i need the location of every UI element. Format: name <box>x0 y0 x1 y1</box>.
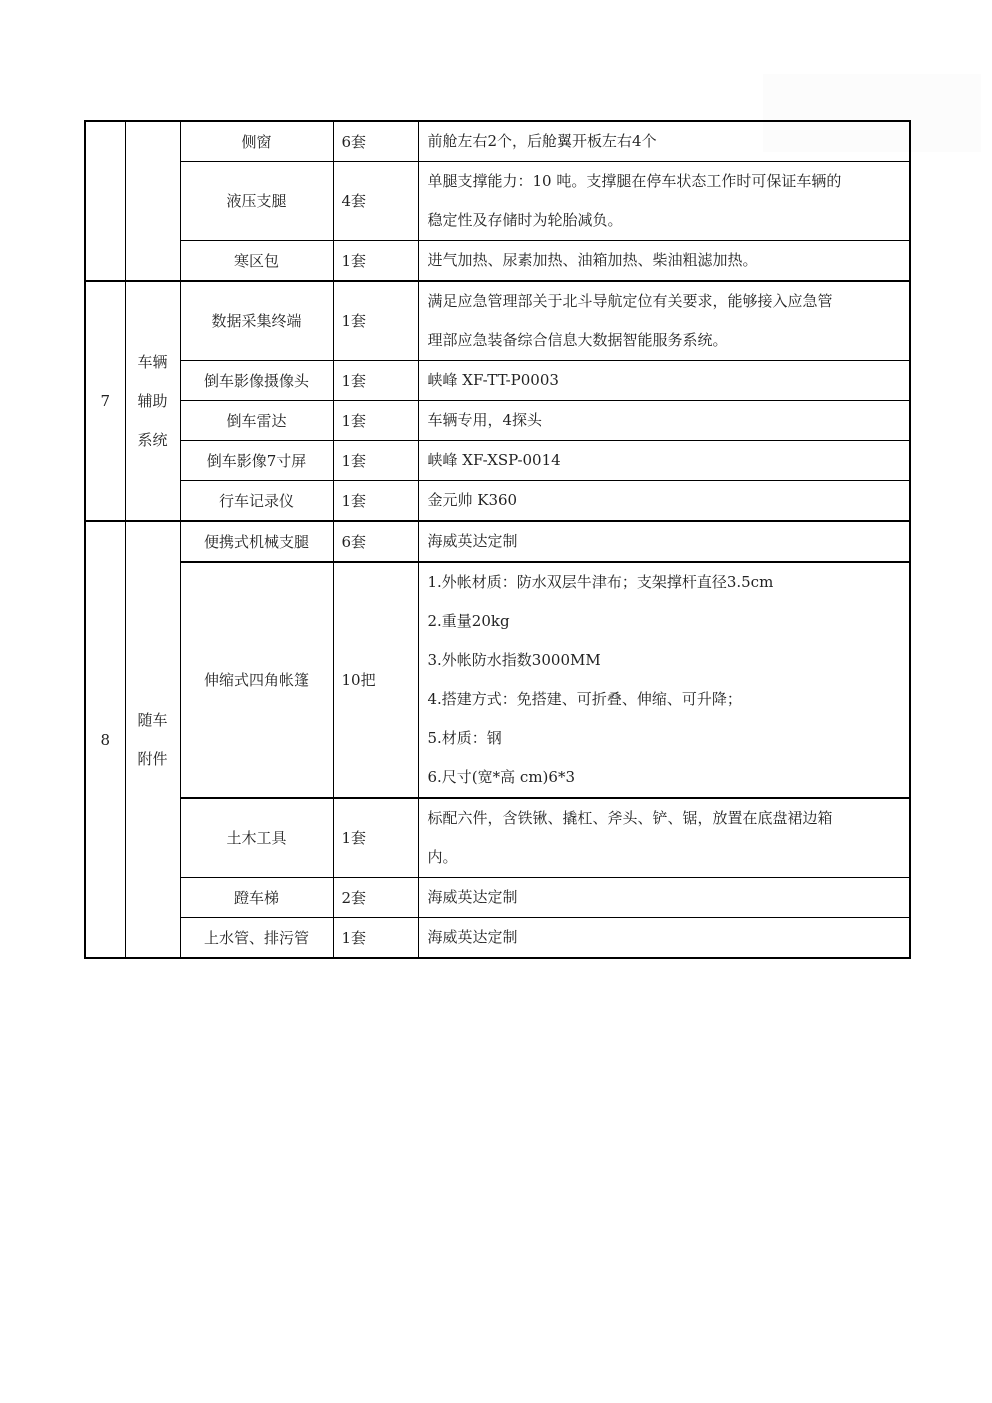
item-name: 数据采集终端 <box>180 281 333 361</box>
item-description: 海威英达定制 <box>418 918 910 959</box>
item-quantity: 1套 <box>333 481 418 522</box>
group-category-cell: 车辆 辅助 系统 <box>125 281 180 521</box>
table-row: 液压支腿 4套 单腿支撑能力：10 吨。支撑腿在停车状态工作时可保证车辆的 稳定… <box>85 162 910 241</box>
table-row: 土木工具 1套 标配六件，含铁锹、撬杠、斧头、铲、锯，放置在底盘裙边箱 内。 <box>85 798 910 878</box>
group-number-cell: 7 <box>85 281 125 521</box>
item-name: 上水管、排污管 <box>180 918 333 959</box>
table-row: 7 车辆 辅助 系统 数据采集终端 1套 满足应急管理部关于北斗导航定位有关要求… <box>85 281 910 361</box>
item-name: 倒车影像摄像头 <box>180 361 333 401</box>
item-name: 行车记录仪 <box>180 481 333 522</box>
item-description: 金元帅 K360 <box>418 481 910 522</box>
item-quantity: 6套 <box>333 121 418 162</box>
item-quantity: 1套 <box>333 401 418 441</box>
item-quantity: 1套 <box>333 241 418 282</box>
item-name: 液压支腿 <box>180 162 333 241</box>
item-description: 海威英达定制 <box>418 521 910 562</box>
item-quantity: 1套 <box>333 281 418 361</box>
item-quantity: 1套 <box>333 361 418 401</box>
item-name: 土木工具 <box>180 798 333 878</box>
item-quantity: 6套 <box>333 521 418 562</box>
table-row: 倒车雷达 1套 车辆专用，4探头 <box>85 401 910 441</box>
table-row: 伸缩式四角帐篷 10把 1.外帐材质：防水双层牛津布；支架撑杆直径3.5cm 2… <box>85 562 910 798</box>
item-description: 单腿支撑能力：10 吨。支撑腿在停车状态工作时可保证车辆的 稳定性及存储时为轮胎… <box>418 162 910 241</box>
item-quantity: 4套 <box>333 162 418 241</box>
item-quantity: 2套 <box>333 878 418 918</box>
item-quantity: 1套 <box>333 441 418 481</box>
table-row: 寒区包 1套 进气加热、尿素加热、油箱加热、柴油粗滤加热。 <box>85 241 910 282</box>
item-description: 标配六件，含铁锹、撬杠、斧头、铲、锯，放置在底盘裙边箱 内。 <box>418 798 910 878</box>
item-name: 蹬车梯 <box>180 878 333 918</box>
table-row: 行车记录仪 1套 金元帅 K360 <box>85 481 910 522</box>
item-description: 进气加热、尿素加热、油箱加热、柴油粗滤加热。 <box>418 241 910 282</box>
item-description: 1.外帐材质：防水双层牛津布；支架撑杆直径3.5cm 2.重量20kg 3.外帐… <box>418 562 910 798</box>
table-row: 蹬车梯 2套 海威英达定制 <box>85 878 910 918</box>
item-description: 前舱左右2个，后舱翼开板左右4个 <box>418 121 910 162</box>
table-row: 8 随车 附件 便携式机械支腿 6套 海威英达定制 <box>85 521 910 562</box>
item-name: 寒区包 <box>180 241 333 282</box>
group-number-cell: 8 <box>85 521 125 958</box>
item-name: 伸缩式四角帐篷 <box>180 562 333 798</box>
table-row: 倒车影像7寸屏 1套 峡峰 XF-XSP-0014 <box>85 441 910 481</box>
item-description: 峡峰 XF-TT-P0003 <box>418 361 910 401</box>
equipment-spec-table: 侧窗 6套 前舱左右2个，后舱翼开板左右4个 液压支腿 4套 单腿支撑能力：10… <box>84 120 911 959</box>
group-category-cell <box>125 121 180 281</box>
group-category-cell: 随车 附件 <box>125 521 180 958</box>
group-number-cell <box>85 121 125 281</box>
item-description: 车辆专用，4探头 <box>418 401 910 441</box>
item-description: 满足应急管理部关于北斗导航定位有关要求，能够接入应急管 理部应急装备综合信息大数… <box>418 281 910 361</box>
item-name: 倒车影像7寸屏 <box>180 441 333 481</box>
item-quantity: 1套 <box>333 798 418 878</box>
item-description: 海威英达定制 <box>418 878 910 918</box>
table-row: 上水管、排污管 1套 海威英达定制 <box>85 918 910 959</box>
table-row: 侧窗 6套 前舱左右2个，后舱翼开板左右4个 <box>85 121 910 162</box>
item-name: 便携式机械支腿 <box>180 521 333 562</box>
item-description: 峡峰 XF-XSP-0014 <box>418 441 910 481</box>
item-quantity: 10把 <box>333 562 418 798</box>
item-name: 倒车雷达 <box>180 401 333 441</box>
item-name: 侧窗 <box>180 121 333 162</box>
item-quantity: 1套 <box>333 918 418 959</box>
table-row: 倒车影像摄像头 1套 峡峰 XF-TT-P0003 <box>85 361 910 401</box>
